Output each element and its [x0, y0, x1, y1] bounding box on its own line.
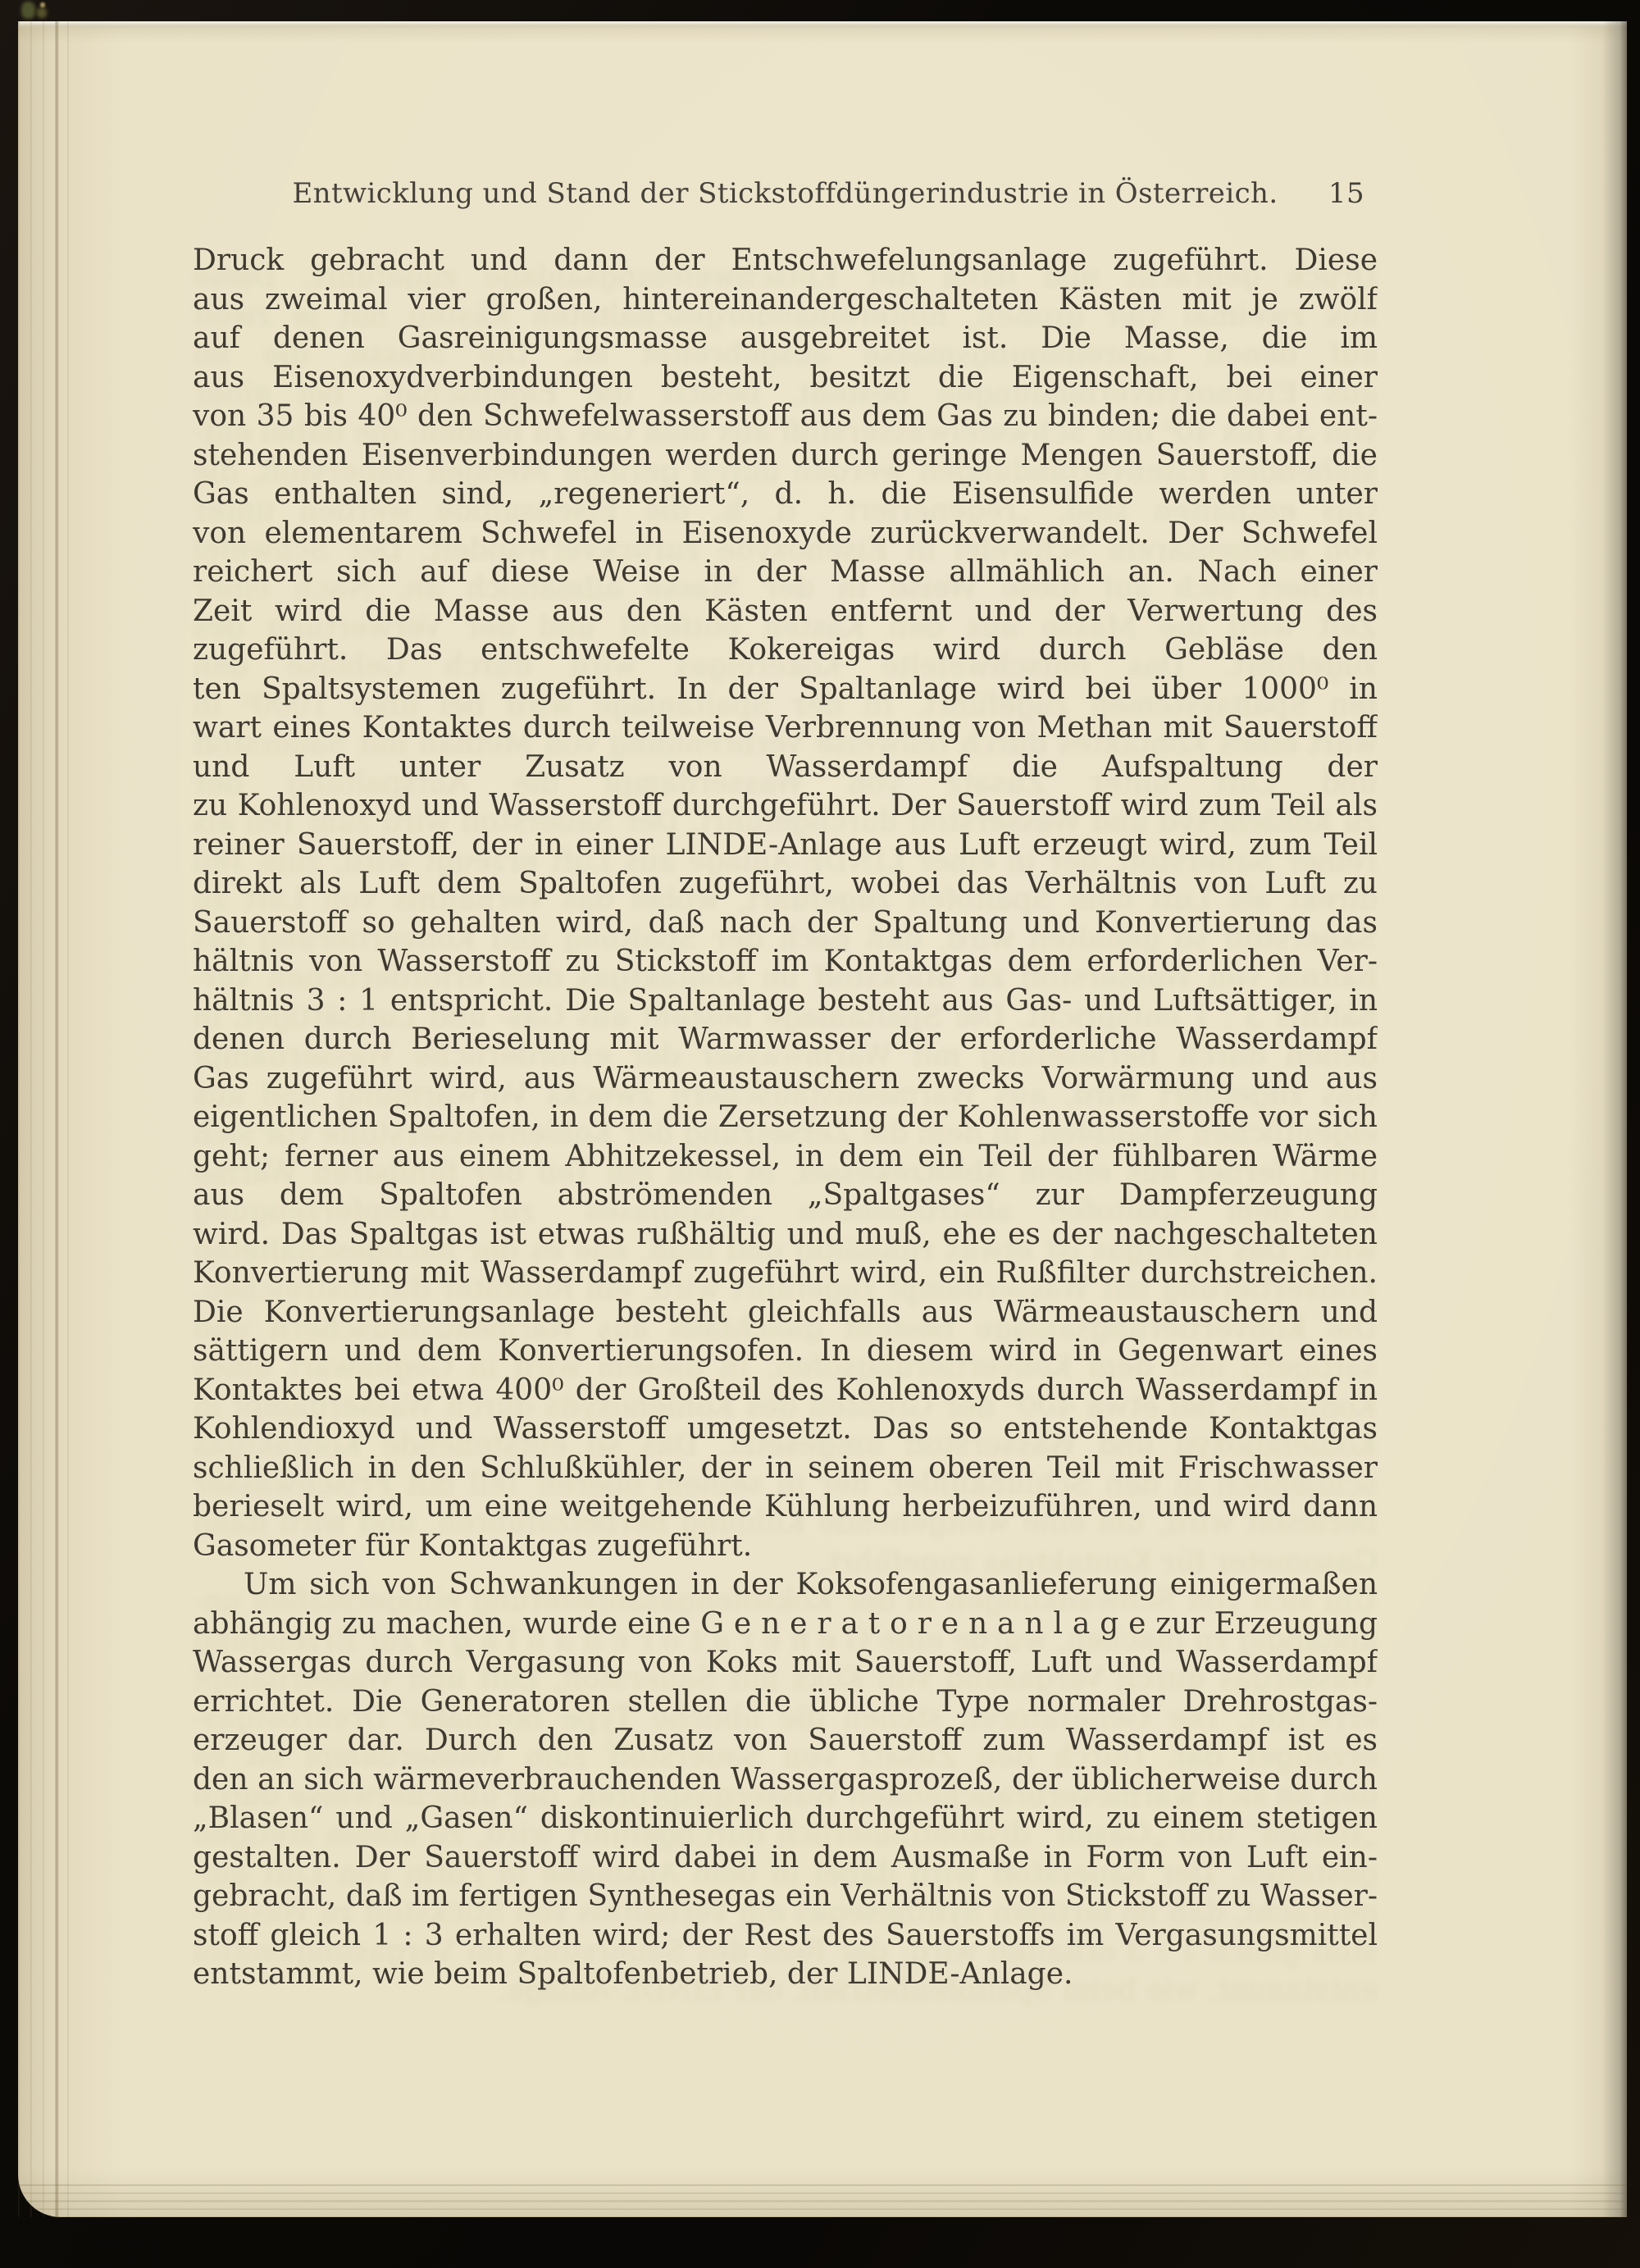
paragraph-1: Druck gebracht und dann der Entschwefelu…	[193, 241, 1378, 1565]
text-line: hältnis 3 : 1 entspricht. Die Spaltanlag…	[193, 981, 1378, 1021]
text-line: abhängig zu machen, wurde eine G e n e r…	[193, 1605, 1378, 1644]
text-line: auf denen Gasreinigungsmasse ausgebreite…	[193, 319, 1378, 358]
text-line: eigentlichen Spaltofen, in dem die Zerse…	[193, 1098, 1378, 1137]
scan-background: Druck gebracht und dann der Entschwefelu…	[0, 0, 1640, 2268]
text-line: reichert sich auf diese Weise in der Mas…	[193, 553, 1378, 592]
book-page: Druck gebracht und dann der Entschwefelu…	[18, 21, 1627, 2217]
text-line: stehenden Eisenverbindungen werden durch…	[193, 436, 1378, 476]
text-line: Gas enthalten sind, „regeneriert“, d. h.…	[193, 475, 1378, 514]
page-number: 15	[1328, 177, 1364, 210]
running-header: Entwicklung und Stand der Stickstoffdüng…	[193, 177, 1378, 213]
text-line: Kohlendioxyd und Wasserstoff umgesetzt. …	[193, 1410, 1378, 1449]
text-line: Konvertierung mit Wasserdampf zugeführt …	[193, 1254, 1378, 1293]
header-title: Entwicklung und Stand der Stickstoffdüng…	[193, 177, 1378, 210]
text-line: stoff gleich 1 : 3 erhalten wird; der Re…	[193, 1916, 1378, 1956]
page-right-edge	[1602, 21, 1627, 2217]
text-line: berieselt wird, um eine weitgehende Kühl…	[193, 1487, 1378, 1527]
text-line: zu Kohlenoxyd und Wasserstoff durchgefüh…	[193, 786, 1378, 826]
text-line: errichtet. Die Generatoren stellen die ü…	[193, 1683, 1378, 1722]
text-line: schließlich in den Schlußkühler, der in …	[193, 1449, 1378, 1488]
page-top-edge	[18, 21, 1627, 29]
text-line: von elementarem Schwefel in Eisenoxyde z…	[193, 514, 1378, 553]
text-line: von 35 bis 40⁰ den Schwefelwasserstoff a…	[193, 397, 1378, 436]
text-line: wart eines Kontaktes durch teilweise Ver…	[193, 708, 1378, 748]
text-line: Wassergas durch Vergasung von Koks mit S…	[193, 1643, 1378, 1683]
text-line: denen durch Berieselung mit Warmwasser d…	[193, 1020, 1378, 1059]
text-line: und Luft unter Zusatz von Wasserdampf di…	[193, 748, 1378, 787]
text-line: den an sich wärmeverbrauchenden Wasserga…	[193, 1760, 1378, 1800]
text-line: zugeführt. Das entschwefelte Kokereigas …	[193, 631, 1378, 670]
text-line: Druck gebracht und dann der Entschwefelu…	[193, 241, 1378, 280]
text-line: „Blasen“ und „Gasen“ diskontinuierlich d…	[193, 1799, 1378, 1838]
text-line: Gas zugeführt wird, aus Wärmeaustauscher…	[193, 1059, 1378, 1099]
ink-smudge	[37, 7, 47, 18]
text-line: reiner Sauerstoff, der in einer LINDE-An…	[193, 826, 1378, 865]
ink-smudge	[40, 2, 45, 7]
text-line: hältnis von Wasserstoff zu Stickstoff im…	[193, 942, 1378, 981]
text-line: gestalten. Der Sauerstoff wird dabei in …	[193, 1838, 1378, 1878]
gutter-crease	[56, 21, 58, 2217]
text-line: wird. Das Spaltgas ist etwas rußhältig u…	[193, 1215, 1378, 1255]
text-line: erzeuger dar. Durch den Zusatz von Sauer…	[193, 1721, 1378, 1760]
text-line: gebracht, daß im fertigen Synthesegas ei…	[193, 1877, 1378, 1916]
text-line: aus Eisenoxydverbindungen besteht, besit…	[193, 358, 1378, 398]
text-line: direkt als Luft dem Spaltofen zugeführt,…	[193, 864, 1378, 904]
bottom-page-edges	[18, 2178, 1627, 2217]
text-line: Kontaktes bei etwa 400⁰ der Großteil des…	[193, 1371, 1378, 1410]
text-line: Sauerstoff so gehalten wird, daß nach de…	[193, 904, 1378, 943]
left-page-edges	[18, 21, 77, 2217]
text-line: Zeit wird die Masse aus den Kästen entfe…	[193, 592, 1378, 631]
text-line: entstammt, wie beim Spaltofenbetrieb, de…	[193, 1955, 1378, 1994]
text-line: aus zweimal vier großen, hintereinanderg…	[193, 280, 1378, 320]
text-line: aus dem Spaltofen abströmenden „Spaltgas…	[193, 1176, 1378, 1215]
body-text: Druck gebracht und dann der Entschwefelu…	[193, 241, 1378, 1994]
text-line: Um sich von Schwankungen in der Koksofen…	[193, 1565, 1378, 1605]
text-line: Die Konvertierungsanlage besteht gleichf…	[193, 1293, 1378, 1332]
paragraph-2: Um sich von Schwankungen in der Koksofen…	[193, 1565, 1378, 1994]
ink-smudge	[21, 2, 35, 19]
text-line: geht; ferner aus einem Abhitzekessel, in…	[193, 1137, 1378, 1177]
text-line: sättigern und dem Konvertierungsofen. In…	[193, 1332, 1378, 1371]
text-line: ten Spaltsystemen zugeführt. In der Spal…	[193, 670, 1378, 709]
text-line: Gasometer für Kontaktgas zugeführt.	[193, 1527, 1378, 1566]
